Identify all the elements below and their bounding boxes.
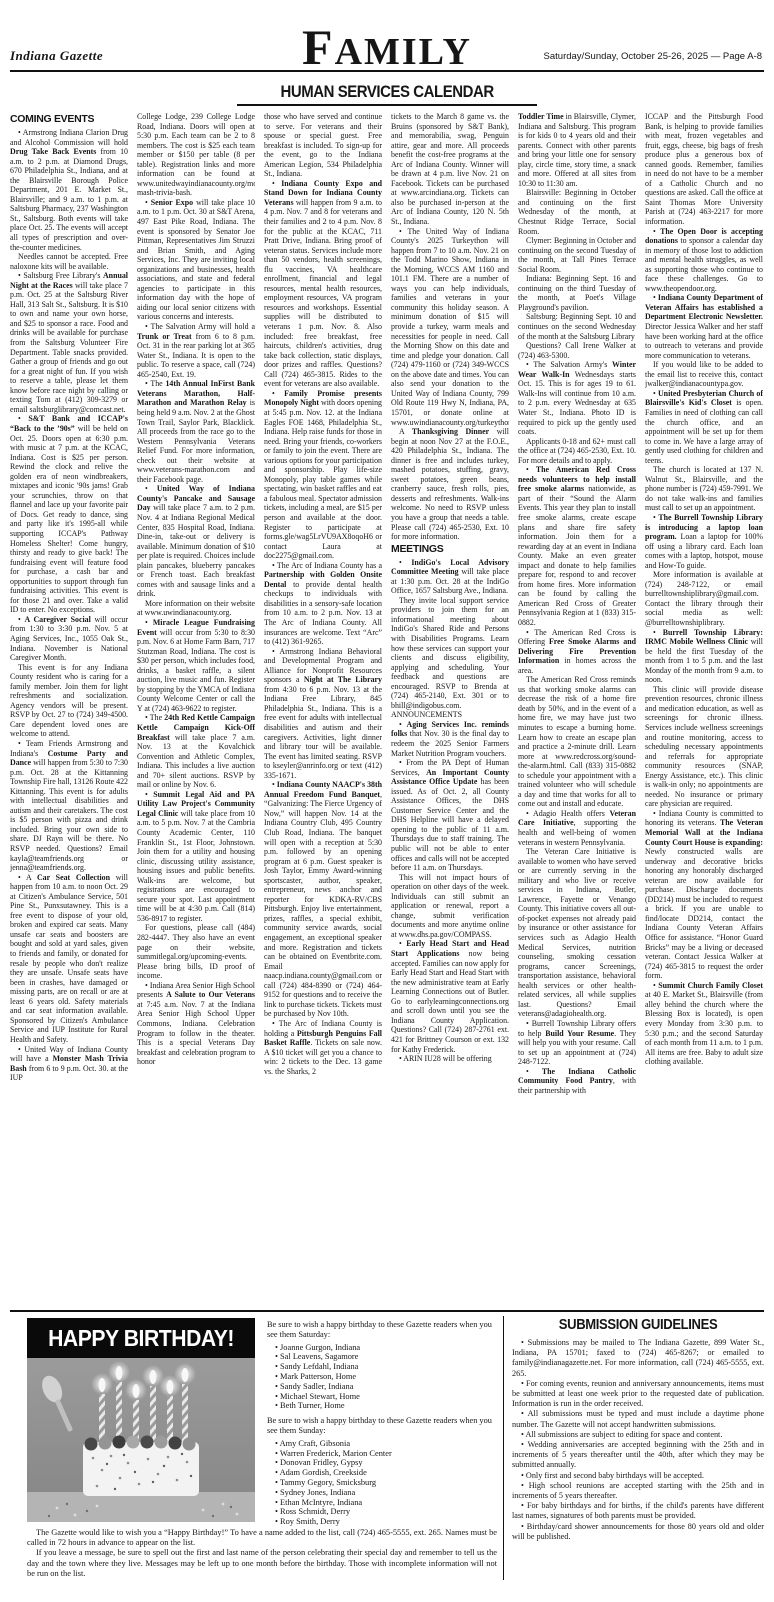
calendar-item: • Senior Expo will take place 10 a.m. to… bbox=[137, 198, 255, 322]
calendar-item: Clymer: Beginning in October and continu… bbox=[518, 236, 636, 274]
masthead-rule bbox=[10, 70, 764, 72]
calendar-item: • The Arc of Indiana County is holding a… bbox=[264, 1019, 382, 1076]
calendar-item: The Veteran Care Initiative is available… bbox=[518, 847, 636, 1019]
calendar-item: More information is available at (724) 2… bbox=[645, 570, 763, 627]
calendar-item: College Lodge, 239 College Lodge Road, I… bbox=[137, 112, 255, 198]
calendar-columns: COMING EVENTS• Armstrong Indiana Clarion… bbox=[10, 112, 764, 1306]
calendar-item: • Family Promise presents Monopoly Night… bbox=[264, 389, 382, 561]
submission-guideline: • Only first and second baby birthdays w… bbox=[512, 1471, 764, 1481]
submission-bullet-list: • Submissions may be mailed to The India… bbox=[512, 1338, 764, 1542]
calendar-item: • Burrell Township Library offers to hel… bbox=[518, 1019, 636, 1067]
birthday-name: • Mark Patterson, Home bbox=[267, 1372, 503, 1382]
calendar-item: • Summit Church Family Closet at 40 E. M… bbox=[645, 981, 763, 1067]
calendar-item: • Summit Legal Aid and PA Utility Law Pr… bbox=[137, 790, 255, 924]
calendar-item: • United Way of Indiana County will have… bbox=[10, 1045, 128, 1083]
calendar-item: • Indiana County Department of Veteran A… bbox=[645, 293, 763, 360]
calendar-item: The church is located at 137 N. Walnut S… bbox=[645, 465, 763, 513]
calendar-item: More information on their website at www… bbox=[137, 599, 255, 618]
birthday-name: • Amy Craft, Gibsonia bbox=[267, 1439, 503, 1449]
birthday-name: • Donovan Fridley, Gypsy bbox=[267, 1458, 503, 1468]
calendar-item: • Early Head Start and Head Start Applic… bbox=[391, 939, 509, 1054]
newspaper-page: Family Indiana Gazette Saturday/Sunday, … bbox=[0, 0, 774, 1602]
calendar-item: • Team Friends Armstrong and Indiana's C… bbox=[10, 739, 128, 873]
calendar-column-3: those who have served and continue to se… bbox=[264, 112, 382, 1306]
birthday-name: • Sydney Jones, Indiana bbox=[267, 1488, 503, 1498]
submission-guideline: • For baby birthdays and for births, if … bbox=[512, 1501, 764, 1521]
birthday-name: • Ethan McIntyre, Indiana bbox=[267, 1498, 503, 1508]
calendar-item: • Miracle League Fundraising Event will … bbox=[137, 618, 255, 713]
calendar-item: • Indiana County is committed to honorin… bbox=[645, 809, 763, 981]
calendar-heading-rule bbox=[237, 104, 537, 106]
calendar-item: • The Open Door is accepting donations t… bbox=[645, 227, 763, 294]
calendar-item: • The Salvation Army's Winter Wear Walk-… bbox=[518, 360, 636, 436]
calendar-item: • The Burrell Township Library is introd… bbox=[645, 513, 763, 570]
calendar-item: • A Car Seat Collection will happen from… bbox=[10, 873, 128, 1045]
calendar-item: • Saltsburg Free Library's Annual Night … bbox=[10, 271, 128, 414]
gazette-logo: Indiana Gazette bbox=[10, 48, 103, 64]
calendar-item: tickets to the March 8 game vs. the Brui… bbox=[391, 112, 509, 227]
birthday-name: • Sandy Lefdahl, Indiana bbox=[267, 1362, 503, 1372]
calendar-column-4: tickets to the March 8 game vs. the Brui… bbox=[391, 112, 509, 1306]
calendar-item: • Armstrong Indiana Clarion Drug and Alc… bbox=[10, 128, 128, 252]
calendar-section-heading: MEETINGS bbox=[391, 543, 509, 555]
vertical-divider bbox=[503, 1316, 504, 1580]
calendar-item: • S&T Bank and ICCAP's “Back to the ’90s… bbox=[10, 414, 128, 614]
calendar-item: • From the PA Dept of Human Services, An… bbox=[391, 758, 509, 873]
calendar-item: • IndiGo's Local Advisory Committee Meet… bbox=[391, 558, 509, 596]
birthday-name: • Ross Schmidt, Derry bbox=[267, 1507, 503, 1517]
birthday-name: • Roy Smith, Derry bbox=[267, 1517, 503, 1527]
dateline: Saturday/Sunday, October 25-26, 2025 — P… bbox=[544, 51, 762, 62]
birthday-footer-paragraph: The Gazette would like to wish you a “Ha… bbox=[27, 1528, 497, 1548]
calendar-item: This clinic will provide disease prevent… bbox=[645, 685, 763, 809]
calendar-item: • Indiana County NAACP's 38th Annual Fre… bbox=[264, 780, 382, 1019]
birthday-names: Be sure to wish a happy birthday to thes… bbox=[267, 1320, 503, 1527]
birthday-name: • Sal Leavens, Sagamore bbox=[267, 1352, 503, 1362]
calendar-item: • Burrell Township Library: IRMC Mobile … bbox=[645, 628, 763, 685]
birthday-name: • Sandy Sadler, Indiana bbox=[267, 1382, 503, 1392]
calendar-column-5: Toddler Time in Blairsville, Clymer, Ind… bbox=[518, 112, 636, 1306]
birthday-name: • Adam Gordish, Creekside bbox=[267, 1468, 503, 1478]
birthday-footer-paragraph: If you leave a message, be sure to spell… bbox=[27, 1548, 497, 1579]
calendar-section-heading: COMING EVENTS bbox=[10, 113, 128, 125]
birthday-cake-photo bbox=[27, 1358, 255, 1522]
calendar-item: • The Arc of Indiana County has a Partne… bbox=[264, 561, 382, 647]
calendar-item: This will not impact hours of operation … bbox=[391, 873, 509, 940]
birthday-name: • Warren Frederick, Marion Center bbox=[267, 1449, 503, 1459]
calendar-item: Toddler Time in Blairsville, Clymer, Ind… bbox=[518, 112, 636, 188]
calendar-item: • United Presbyterian Church of Blairsvi… bbox=[645, 389, 763, 465]
submission-guideline: • All submissions are subject to editing… bbox=[512, 1430, 764, 1440]
calendar-item: This event is for any Indiana County res… bbox=[10, 663, 128, 739]
submission-guideline: • Birthday/card shower announcements for… bbox=[512, 1522, 764, 1542]
submission-heading: SUBMISSION GUIDELINES bbox=[512, 1316, 764, 1334]
sunday-intro: Be sure to wish a happy birthday to thes… bbox=[267, 1416, 503, 1436]
calendar-item: • Aging Services Inc. reminds folks that… bbox=[391, 720, 509, 758]
cake-illustration bbox=[27, 1358, 255, 1522]
calendar-item: • Armstrong Indiana Behavioral and Devel… bbox=[264, 647, 382, 781]
birthday-name: • Michael Stewart, Home bbox=[267, 1392, 503, 1402]
submission-guideline: • Wedding anniversaries are accepted beg… bbox=[512, 1440, 764, 1471]
page-title: Family bbox=[0, 18, 774, 76]
calendar-item: ICCAP and the Pittsburgh Food Bank, is h… bbox=[645, 112, 763, 227]
birthday-name: • Joanne Gurgon, Indiana bbox=[267, 1343, 503, 1353]
saturday-intro: Be sure to wish a happy birthday to thes… bbox=[267, 1320, 503, 1340]
calendar-item: • The 24th Red Kettle Campaign Kettle Ca… bbox=[137, 713, 255, 789]
calendar-item: ANNOUNCEMENTS bbox=[391, 710, 509, 720]
calendar-column-1: COMING EVENTS• Armstrong Indiana Clarion… bbox=[10, 112, 128, 1306]
calendar-item: Saltsburg: Beginning Sept. 10 and contin… bbox=[518, 312, 636, 341]
calendar-item: • The Indiana Catholic Community Food Pa… bbox=[518, 1067, 636, 1096]
birthday-name: • Tammy Gegory, Smicksburg bbox=[267, 1478, 503, 1488]
calendar-item: Blairsville: Beginning in October and co… bbox=[518, 188, 636, 236]
happy-birthday-banner: HAPPY BIRTHDAY! bbox=[27, 1318, 255, 1358]
calendar-item: • Indiana County Expo and Stand Down for… bbox=[264, 179, 382, 389]
calendar-item: • Indiana Area Senior High School presen… bbox=[137, 981, 255, 1067]
calendar-item: • The American Red Cross needs volunteer… bbox=[518, 465, 636, 627]
submission-guideline: • For coming events, reunion and anniver… bbox=[512, 1379, 764, 1410]
calendar-item: • A Caregiver Social will occur from 1:3… bbox=[10, 615, 128, 663]
birthday-name: • Beth Turner, Home bbox=[267, 1401, 503, 1411]
calendar-item: For questions, please call (484) 282-444… bbox=[137, 923, 255, 980]
calendar-item: Indiana: Beginning Sept. 16 and continui… bbox=[518, 274, 636, 312]
calendar-item: If you would like to be added to the ema… bbox=[645, 360, 763, 389]
submission-guideline: • Submissions may be mailed to The India… bbox=[512, 1338, 764, 1379]
calendar-item: • United Way of Indiana County's Pancake… bbox=[137, 484, 255, 599]
calendar-item: • The 14th Annual InFirst Bank Veterans … bbox=[137, 379, 255, 484]
calendar-item: • ARIN IU28 will be offering bbox=[391, 1054, 509, 1064]
calendar-item: those who have served and continue to se… bbox=[264, 112, 382, 179]
submission-guideline: • High school reunions are accepted star… bbox=[512, 1481, 764, 1501]
calendar-heading: HUMAN SERVICES CALENDAR bbox=[0, 82, 774, 102]
calendar-item: Questions? Call Irene Walker at (724) 46… bbox=[518, 341, 636, 360]
calendar-item: A Thanksgiving Dinner will begin at noon… bbox=[391, 427, 509, 542]
calendar-column-2: College Lodge, 239 College Lodge Road, I… bbox=[137, 112, 255, 1306]
submission-guidelines: SUBMISSION GUIDELINES • Submissions may … bbox=[512, 1316, 764, 1542]
birthday-footer: The Gazette would like to wish you a “Ha… bbox=[27, 1528, 497, 1579]
calendar-item: • The American Red Cross is Offering Fre… bbox=[518, 628, 636, 676]
sunday-name-list: • Amy Craft, Gibsonia• Warren Frederick,… bbox=[267, 1439, 503, 1527]
submission-guideline: • All submissions must be typed and must… bbox=[512, 1409, 764, 1429]
saturday-name-list: • Joanne Gurgon, Indiana• Sal Leavens, S… bbox=[267, 1343, 503, 1412]
section-divider-rule bbox=[10, 1310, 764, 1312]
calendar-item: They invite local support service provid… bbox=[391, 596, 509, 711]
calendar-item: The American Red Cross reminds us that w… bbox=[518, 675, 636, 809]
calendar-item: Needles cannot be accepted. Free naloxon… bbox=[10, 252, 128, 271]
calendar-item: Applicants 0-18 and 62+ must call the of… bbox=[518, 437, 636, 466]
calendar-item: • Adagio Health offers Veteran Care Init… bbox=[518, 809, 636, 847]
calendar-item: • The United Way of Indiana County's 202… bbox=[391, 227, 509, 427]
calendar-item: • The Salvation Army will hold a Trunk o… bbox=[137, 322, 255, 379]
calendar-column-6: ICCAP and the Pittsburgh Food Bank, is h… bbox=[645, 112, 763, 1306]
